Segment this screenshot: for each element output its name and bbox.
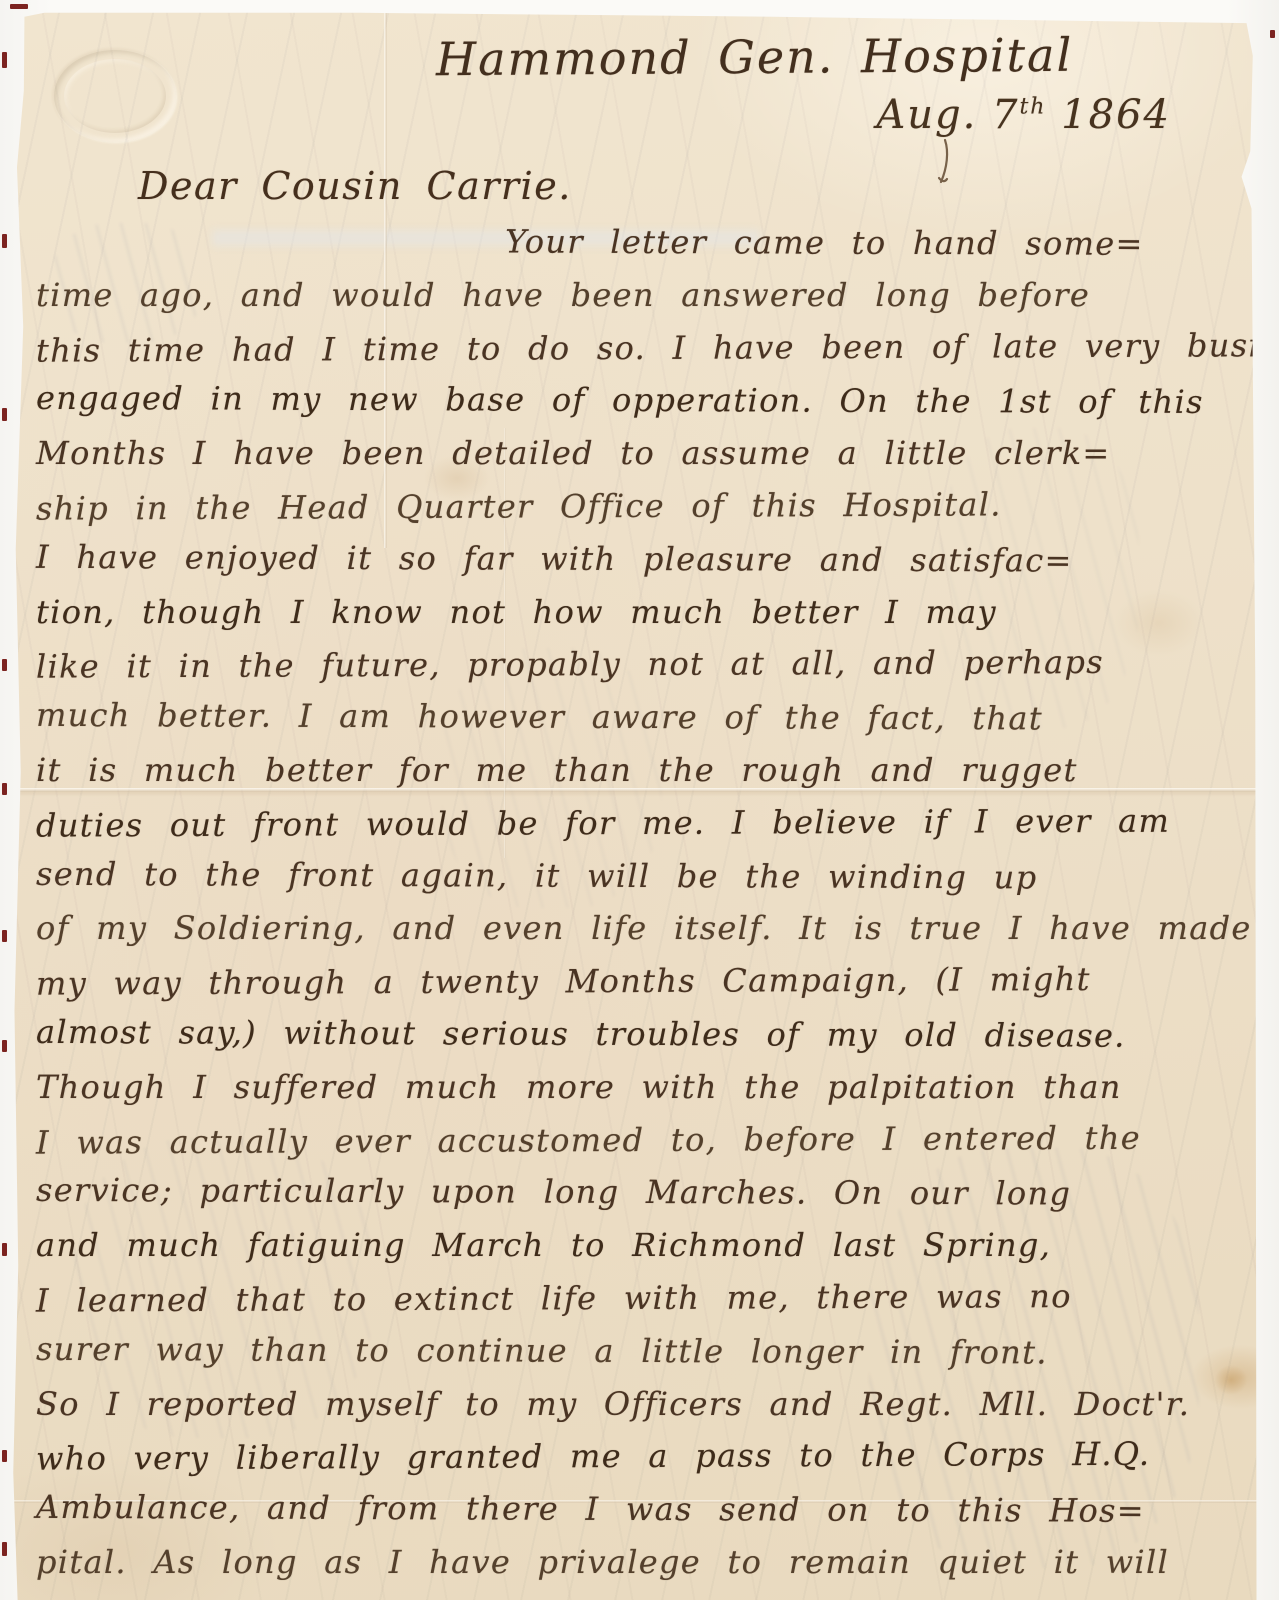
scan-artifact — [2, 783, 7, 795]
scan-artifact — [2, 408, 7, 421]
letter-line: tion, though I know not how much better … — [36, 586, 1239, 639]
scan-artifact — [10, 4, 28, 9]
letter-heading-institution: Hammond Gen. Hospital — [436, 28, 1074, 86]
letter-line: and much fatiguing March to Richmond las… — [36, 1219, 1239, 1272]
letter-line: this time had I time to do so. I have be… — [36, 319, 1239, 377]
letter-line: I learned that to extinct life with me, … — [36, 1269, 1239, 1327]
letter-line: surer way than to continue a little long… — [36, 1323, 1239, 1380]
letter-line: service; particularly upon long Marches.… — [36, 1164, 1239, 1221]
scan-artifact — [1270, 30, 1275, 38]
letter-line: ship in the Head Quarter Office of this … — [36, 477, 1239, 535]
letter-line: pital. As long as I have privalege to re… — [36, 1536, 1239, 1589]
date-year: 1864 — [1046, 92, 1171, 138]
scan-artifact — [2, 52, 7, 68]
letter-line: Your letter came to hand some= — [36, 214, 1239, 271]
letter-line: So I reported myself to my Officers and … — [36, 1378, 1239, 1431]
scan-artifact — [2, 930, 7, 942]
letter-heading-date: Aug. 7th 1864 — [876, 92, 1171, 138]
embossed-seal-icon — [54, 50, 176, 142]
scan-artifact — [2, 234, 7, 248]
letter-line: I was actually ever accustomed to, befor… — [36, 1111, 1239, 1169]
scan-artifact — [2, 659, 7, 671]
scan-artifact — [2, 1542, 7, 1556]
scan-artifact — [2, 1243, 7, 1256]
letter-line: time ago, and would have been answered l… — [36, 269, 1239, 322]
letter-line: my way through a twenty Months Campaign,… — [36, 953, 1239, 1011]
scan-artifact — [2, 1450, 7, 1462]
letter-line: I have enjoyed it so far with pleasure a… — [36, 531, 1239, 588]
scan-artifact — [2, 1040, 7, 1052]
date-day: Aug. 7 — [876, 92, 1019, 138]
letter-line: engaged in my new base of opperation. On… — [36, 372, 1239, 429]
date-ordinal-suffix: th — [1019, 95, 1046, 120]
letter-line: much better. I am however aware of the f… — [36, 689, 1239, 746]
pen-flourish — [929, 138, 959, 186]
scanned-letter-page: Hammond Gen. Hospital Aug. 7th 1864 Dear… — [0, 0, 1279, 1600]
letter-line: send to the front again, it will be the … — [36, 847, 1239, 904]
letter-line: Ambulance, and from there I was send on … — [36, 1481, 1239, 1538]
letter-line: Though I suffered much more with the pal… — [36, 1061, 1239, 1114]
letter-line: it is much better for me than the rough … — [36, 744, 1239, 797]
letter-line: of my Soldiering, and even life itself. … — [36, 902, 1239, 955]
letter-paper: Hammond Gen. Hospital Aug. 7th 1864 Dear… — [12, 8, 1259, 1600]
letter-line: who very liberally granted me a pass to … — [36, 1428, 1239, 1486]
letter-line: duties out front would be for me. I beli… — [36, 794, 1239, 852]
letter-line: almost say,) without serious troubles of… — [36, 1006, 1239, 1063]
letter-body: Your letter came to hand some= time ago,… — [36, 216, 1239, 1589]
letter-line: like it in the future, propably not at a… — [36, 636, 1239, 694]
salutation: Dear Cousin Carrie. — [138, 164, 572, 208]
letter-line: Months I have been detailed to assume a … — [36, 427, 1239, 480]
